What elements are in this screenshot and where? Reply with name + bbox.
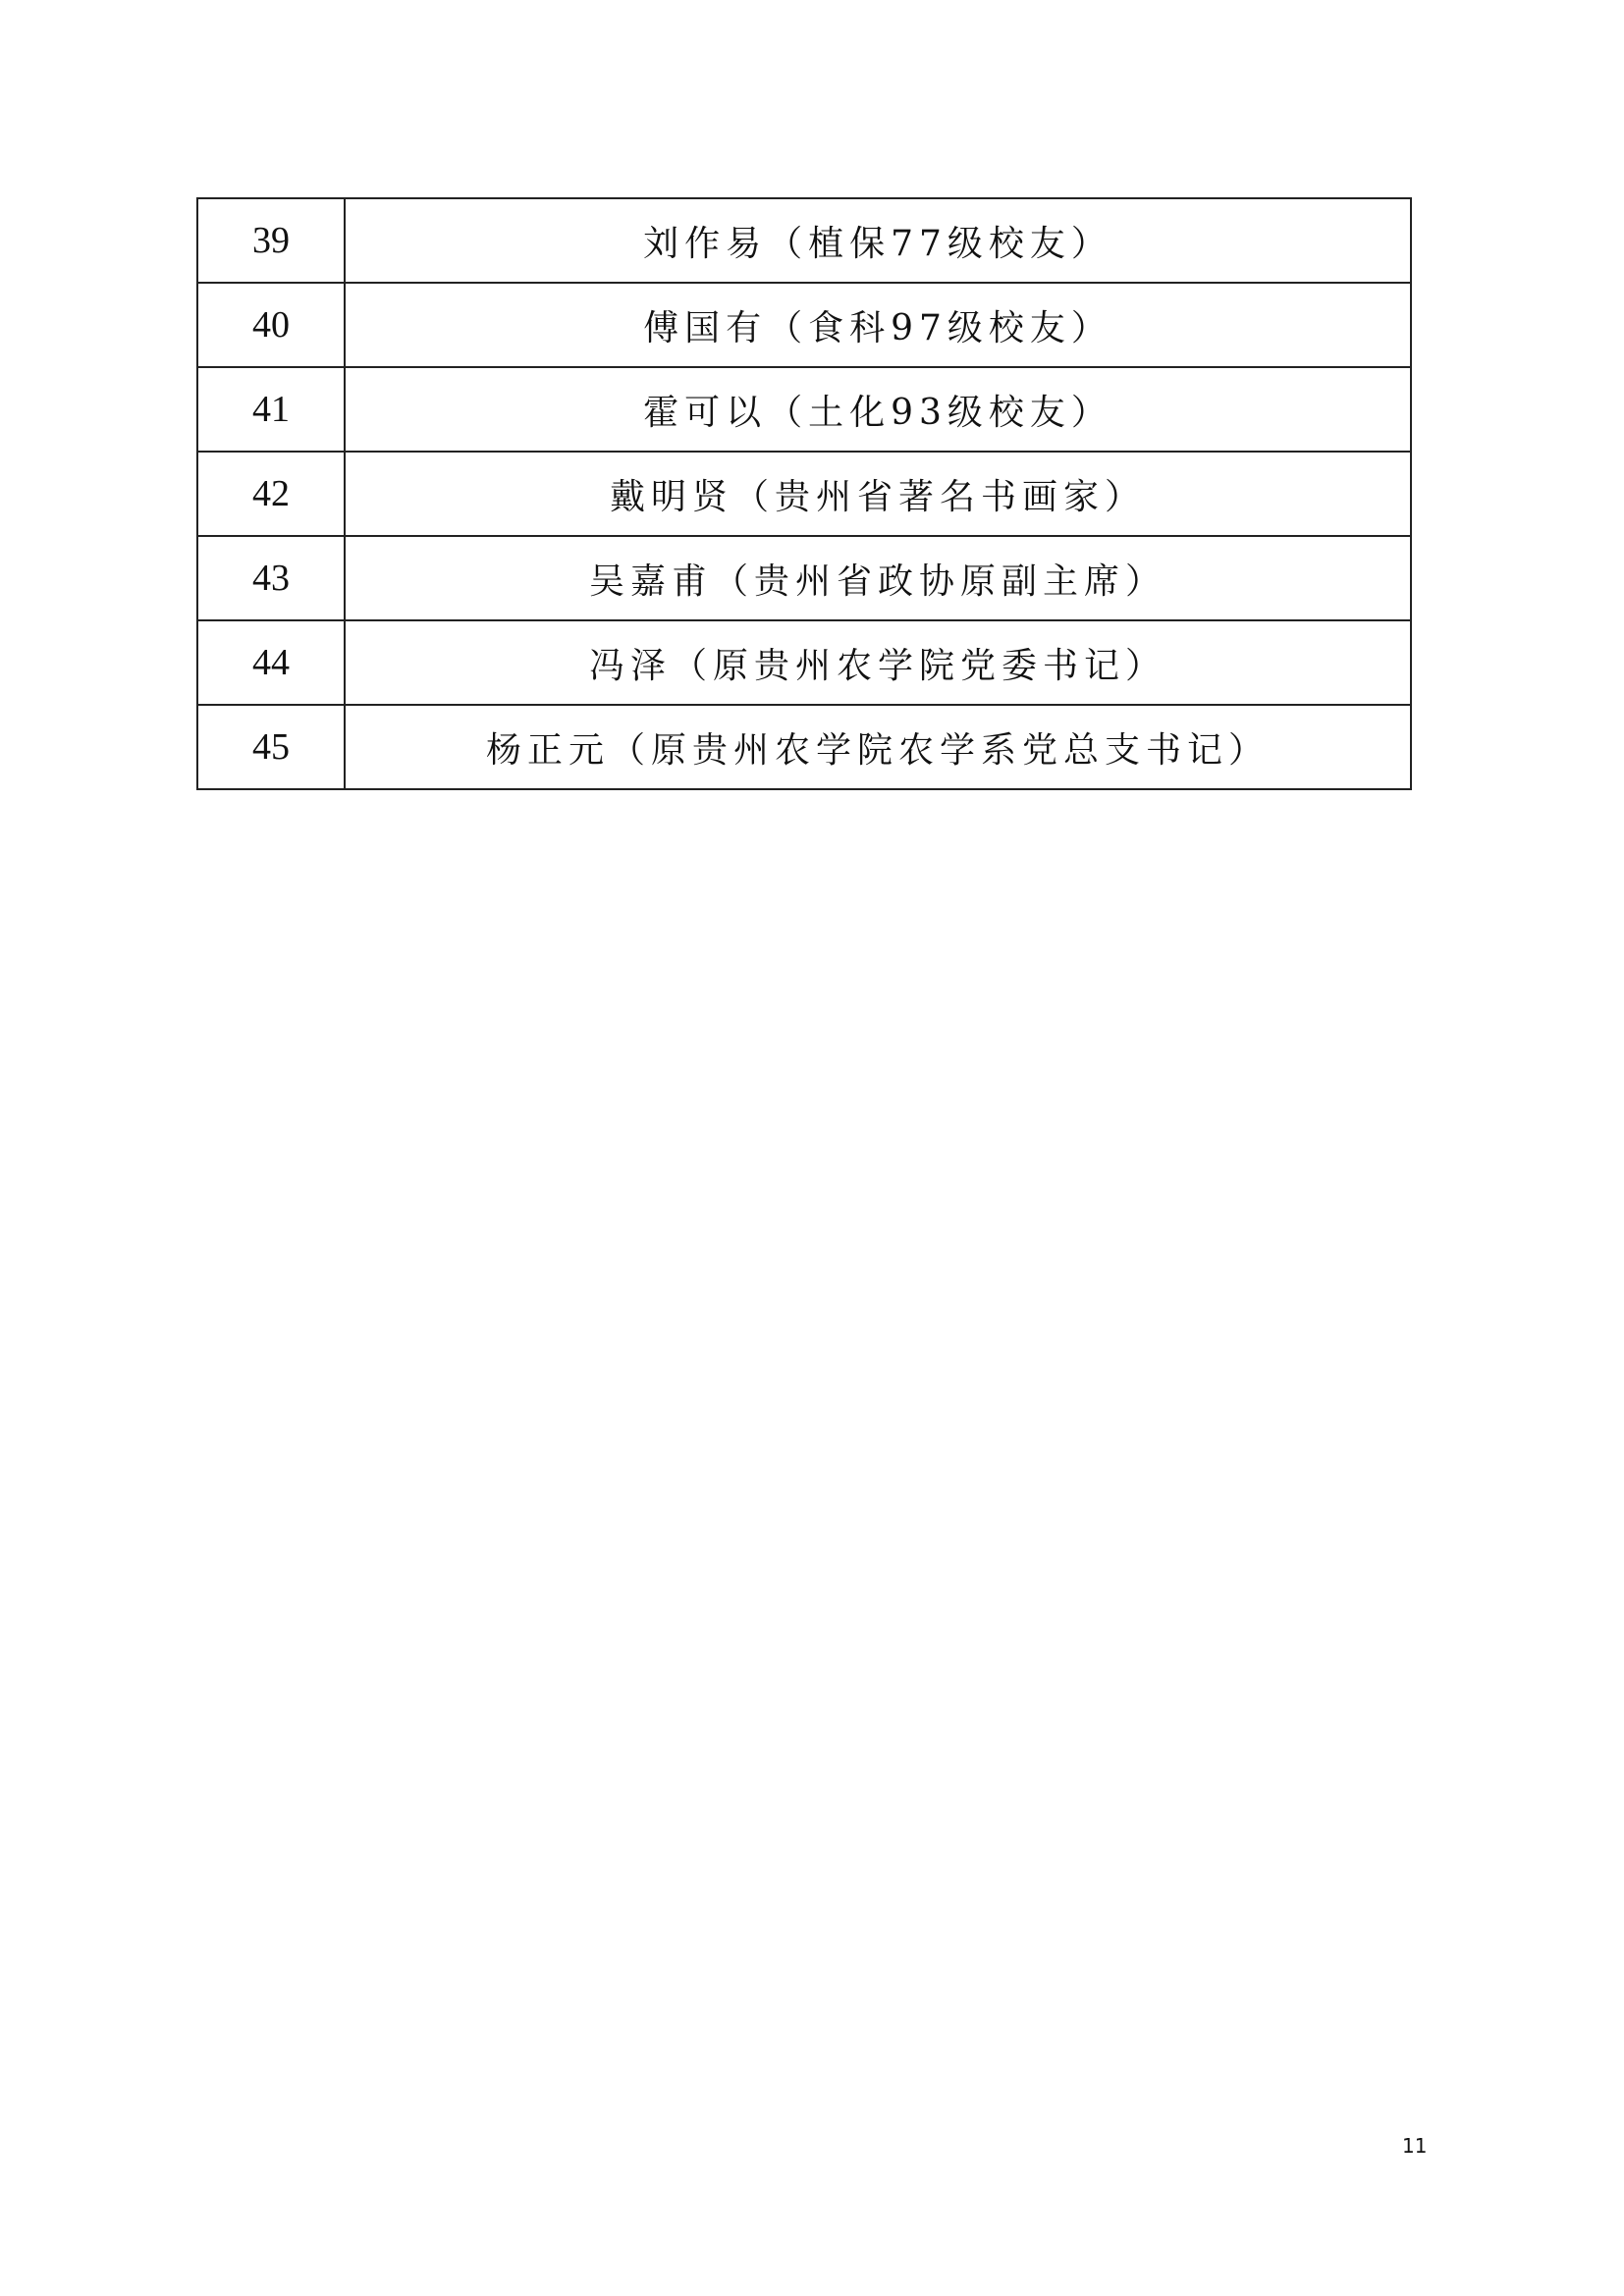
table-row: 42 戴明贤（贵州省著名书画家） — [197, 452, 1411, 536]
table-row: 40 傅国有（食科97级校友） — [197, 283, 1411, 367]
row-name: 霍可以（土化93级校友） — [345, 367, 1411, 452]
row-number: 42 — [197, 452, 345, 536]
row-number: 45 — [197, 705, 345, 789]
row-name: 冯泽（原贵州农学院党委书记） — [345, 620, 1411, 705]
row-number: 40 — [197, 283, 345, 367]
row-number: 39 — [197, 198, 345, 283]
table-row: 45 杨正元（原贵州农学院农学系党总支书记） — [197, 705, 1411, 789]
row-name: 戴明贤（贵州省著名书画家） — [345, 452, 1411, 536]
honoree-table: 39 刘作易（植保77级校友） 40 傅国有（食科97级校友） 41 霍可以（土… — [196, 197, 1412, 790]
table-row: 43 吴嘉甫（贵州省政协原副主席） — [197, 536, 1411, 620]
table-row: 39 刘作易（植保77级校友） — [197, 198, 1411, 283]
row-number: 43 — [197, 536, 345, 620]
table-row: 41 霍可以（土化93级校友） — [197, 367, 1411, 452]
row-number: 44 — [197, 620, 345, 705]
row-name: 杨正元（原贵州农学院农学系党总支书记） — [345, 705, 1411, 789]
row-name: 吴嘉甫（贵州省政协原副主席） — [345, 536, 1411, 620]
table-row: 44 冯泽（原贵州农学院党委书记） — [197, 620, 1411, 705]
row-name: 傅国有（食科97级校友） — [345, 283, 1411, 367]
row-number: 41 — [197, 367, 345, 452]
row-name: 刘作易（植保77级校友） — [345, 198, 1411, 283]
page-number: 11 — [1402, 2134, 1427, 2158]
